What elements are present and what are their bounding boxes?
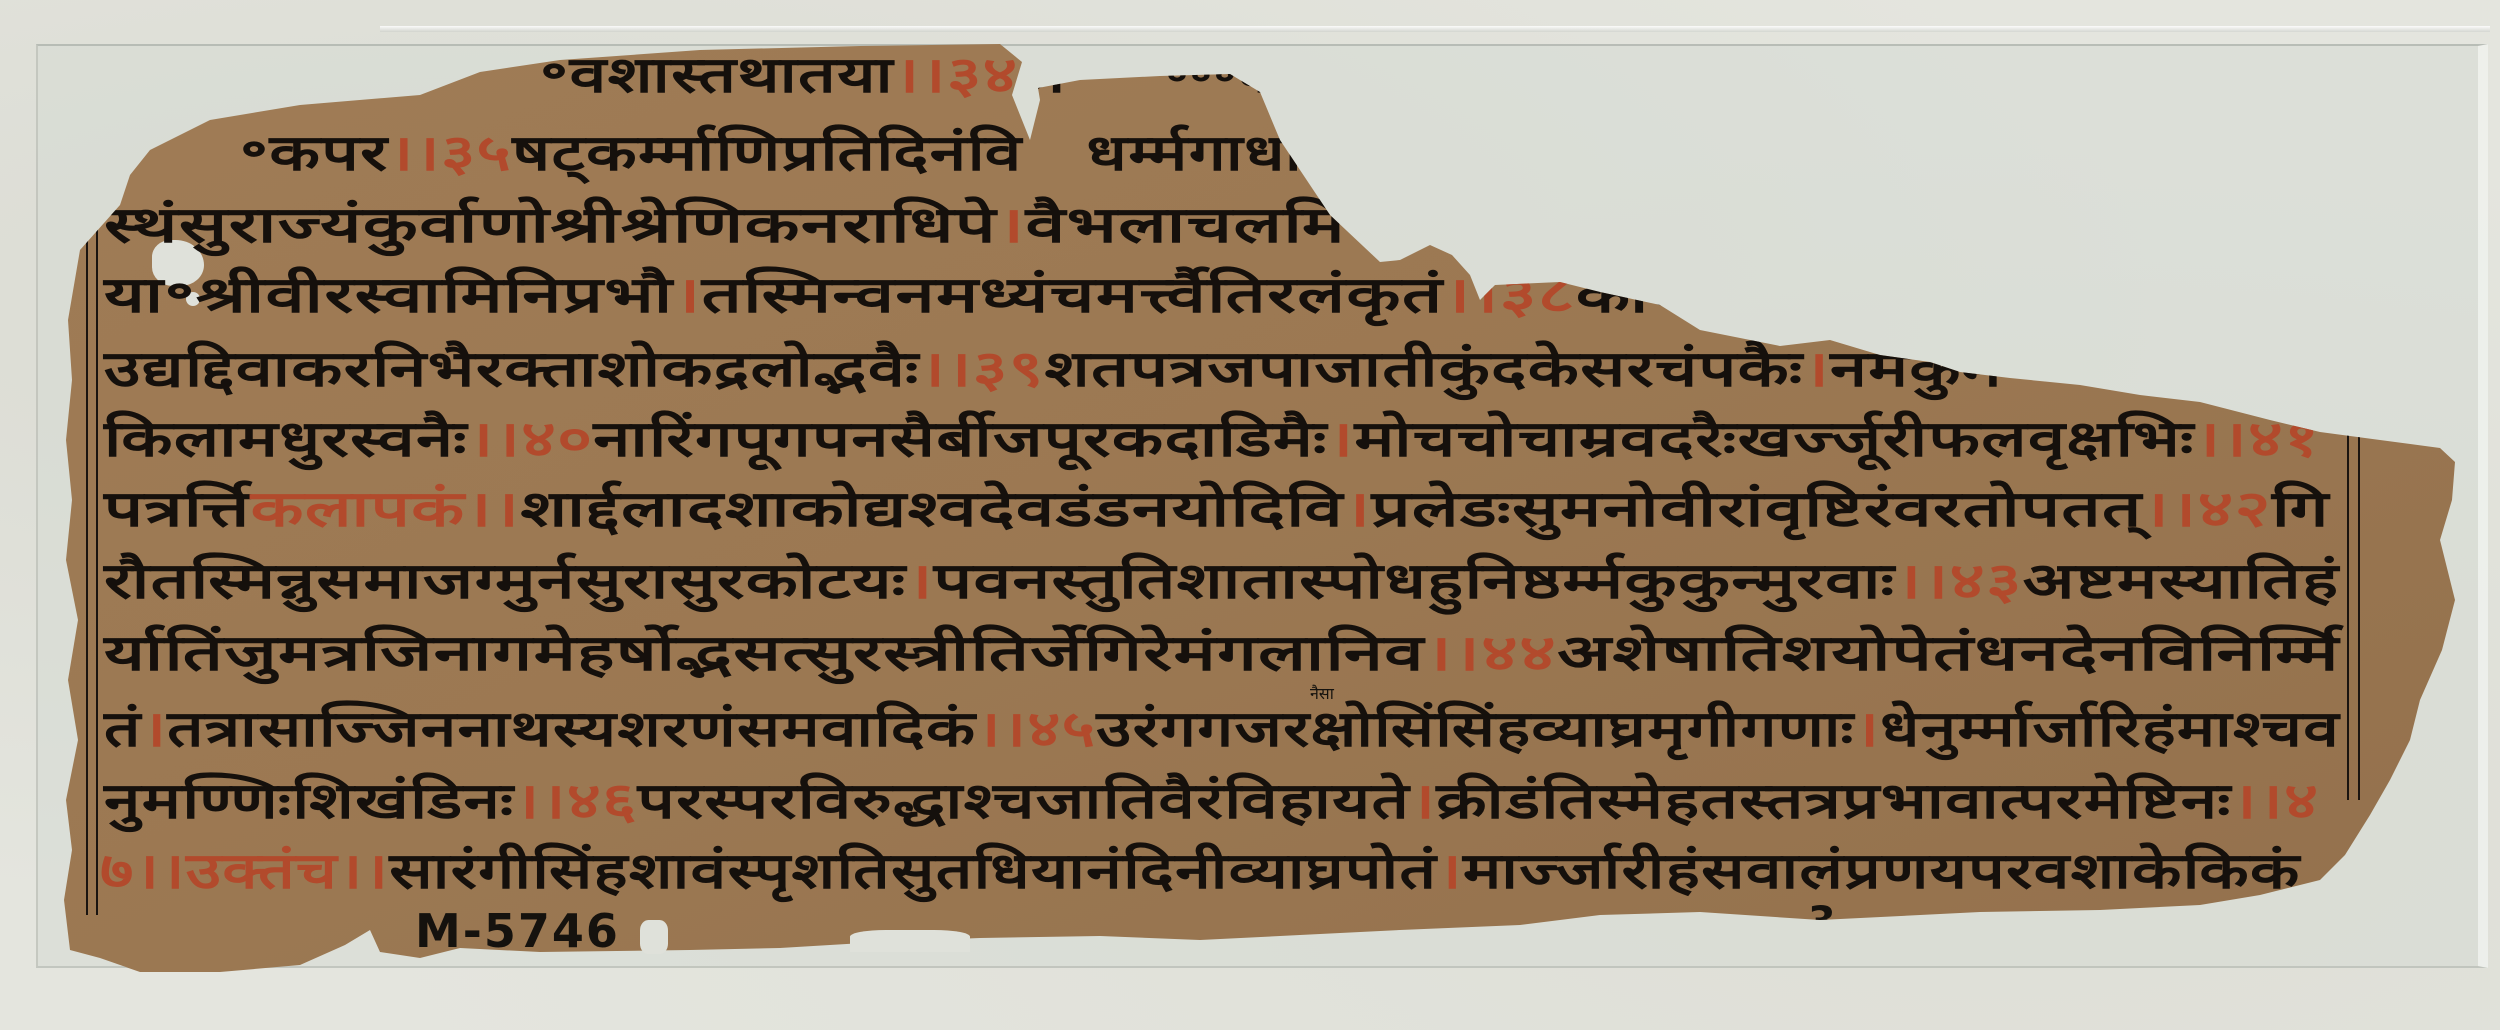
- line-text: उद्यद्दिवाकरनिभैरक्ताशोकद्रलोद्भवैः: [104, 340, 920, 398]
- shelfmark-label: M-5746: [415, 908, 620, 954]
- line-text: तत्रासाज्जिननाथस्यशरणंसमवादिकं: [167, 700, 976, 758]
- text-line-5: उद्यद्दिवाकरनिभैरक्ताशोकद्रलोद्भवैः।।३९श…: [104, 344, 2161, 394]
- line-text: अशेषातिशयोपेतंधनदेनविनिर्म्मि: [1557, 624, 2340, 682]
- danda-mark: ।: [1803, 340, 1830, 398]
- line-text: क्रीडंतिस्मेहतस्तत्रप्रभावात्परमेष्टिनः: [1436, 772, 2231, 830]
- line-text: गि: [2272, 480, 2330, 538]
- line-text: तं: [104, 700, 142, 758]
- left-margin-rule-inner: [96, 215, 98, 915]
- danda-mark: ।: [907, 552, 934, 610]
- danda-mark: ।: [673, 266, 701, 324]
- line-text: प्रलेडःसुमनोवीरांवृष्टिरंवरतोपतत्: [1371, 480, 2142, 538]
- line-text: मोचचोचाम्रवदरैःखर्ज्जूरीफलवृक्षभिः: [1354, 410, 2194, 468]
- line-text: धेनुर्म्मार्जारिहंमाश्चव: [1880, 700, 2340, 758]
- text-line-12: ७।।उक्तंच।।सारंगीसिंहशावंस्पृशतिसुतधियान…: [100, 846, 2301, 896]
- verse-number: ।।४३: [1895, 552, 2022, 610]
- line-text: अष्टमस्यातिहं: [2023, 552, 2340, 610]
- verse-number: ।।३९: [920, 340, 1045, 398]
- danda-mark: ।: [1344, 480, 1371, 538]
- danda-mark: ।: [142, 700, 167, 758]
- right-margin-rule: [2347, 410, 2349, 800]
- text-line-8: रौतस्मिन्नुसमाजग्मुर्नसुरासुरकोटयः।पवनस्…: [104, 556, 2339, 606]
- line-text: पत्रर्त्ति: [104, 480, 251, 538]
- verse-number: ।।३५: [388, 124, 512, 182]
- line-text: र्यातिंजुमत्रजिनागमेहर्षोद्भसत्सुरस्त्री…: [104, 624, 1425, 682]
- line-text: या॰श्रीवीरस्वामिनिप्रभौ: [104, 266, 673, 324]
- verse-number: ।।४४: [1425, 624, 1557, 682]
- line-text: सारंगीसिंहशावंस्पृशतिसुतधियानंदिनीव्याघ्…: [389, 842, 1437, 900]
- verse-number: ।।३४: [894, 46, 1018, 104]
- danda-mark: ।: [1855, 700, 1880, 758]
- text-line-2: ॰कपर।।३५षट्कर्म्माणिप्रतिदिनंवि धर्म्मगा…: [240, 128, 1329, 178]
- line-text: किलामधुरस्वनैः: [104, 410, 468, 468]
- line-text: नारिंगपूगपनसैर्बीजपूरकदाडिमैः: [593, 410, 1327, 468]
- verse-number: ।।४६: [514, 772, 637, 830]
- line-text: मार्ज्जारीहंसवालंप्रणयपरवशाकेकिकं: [1463, 842, 2301, 900]
- line-text: शार्द्दलादशाकोद्यश्वदेवडंडनयोदिवि: [520, 480, 1344, 538]
- danda-mark: ।: [1410, 772, 1436, 830]
- line-text: परस्परविरुद्धाश्चजातिवैरंविहायते: [638, 772, 1411, 830]
- text-line-6: किलामधुरस्वनैः।।४०नारिंगपूगपनसैर्बीजपूरक…: [104, 414, 2320, 464]
- line-text: पवनस्तुतिशातास्पोधहुनिष्ठर्म्मकुकुन्मुरव…: [934, 552, 1896, 610]
- rubric-text: कलापकं।।: [251, 480, 521, 538]
- text-line-11: नुमण्णिःशिखंडिनः।।४६परस्परविरुद्धाश्चजात…: [104, 776, 2319, 826]
- line-text: उरंगगजरक्षोसिंसिंहव्याघ्रमृगीगणाः: [1096, 700, 1854, 758]
- text-line-7: पत्रर्त्तिकलापकं।।शार्द्दलादशाकोद्यश्वदे…: [104, 484, 2330, 534]
- danda-mark: ।: [997, 196, 1026, 254]
- text-line-10: तं।तत्रासाज्जिननाथस्यशरणंसमवादिकं।।४५उरं…: [104, 704, 2340, 754]
- line-text: स्थंसुराज्यंकुर्वाणोश्रीश्रेणिकनराधिपे: [104, 196, 997, 254]
- verse-number: ।।४५: [976, 700, 1096, 758]
- manuscript-scan: ॰वशास्तथातया।।३४श्र ॰॰॰पव ॰कपर।।३५षट्कर्…: [0, 0, 2500, 1030]
- verse-number: ।।४२: [2143, 480, 2272, 538]
- danda-mark: ।: [1328, 410, 1355, 468]
- left-margin-rule: [86, 215, 88, 915]
- verse-number: ।।४०: [468, 410, 593, 468]
- verse-number: ।।४: [2232, 772, 2320, 830]
- right-margin-rule-inner: [2358, 410, 2360, 800]
- text-line-9: र्यातिंजुमत्रजिनागमेहर्षोद्भसत्सुरस्त्री…: [104, 628, 2340, 678]
- line-text: रौतस्मिन्नुसमाजग्मुर्नसुरासुरकोटयः: [104, 552, 907, 610]
- line-text: शतपत्रजपाजातीकुंदकेसरचंपकैः: [1045, 340, 1804, 398]
- line-text: तस्मिन्वनमध्यंचमर्त्त्वैतिरलंकृतं: [702, 266, 1444, 324]
- line-text: नुमण्णिःशिखंडिनः: [104, 772, 514, 830]
- danda-mark: ।: [1437, 842, 1463, 900]
- text-line-3: स्थंसुराज्यंकुर्वाणोश्रीश्रेणिकनराधिपे।व…: [104, 200, 1450, 250]
- line-text: ॰कपर: [240, 124, 388, 182]
- rubric-text: ७।।उक्तंच।।: [100, 842, 389, 900]
- line-text: षट्कर्म्माणिप्रतिदिनंवि: [512, 124, 1022, 182]
